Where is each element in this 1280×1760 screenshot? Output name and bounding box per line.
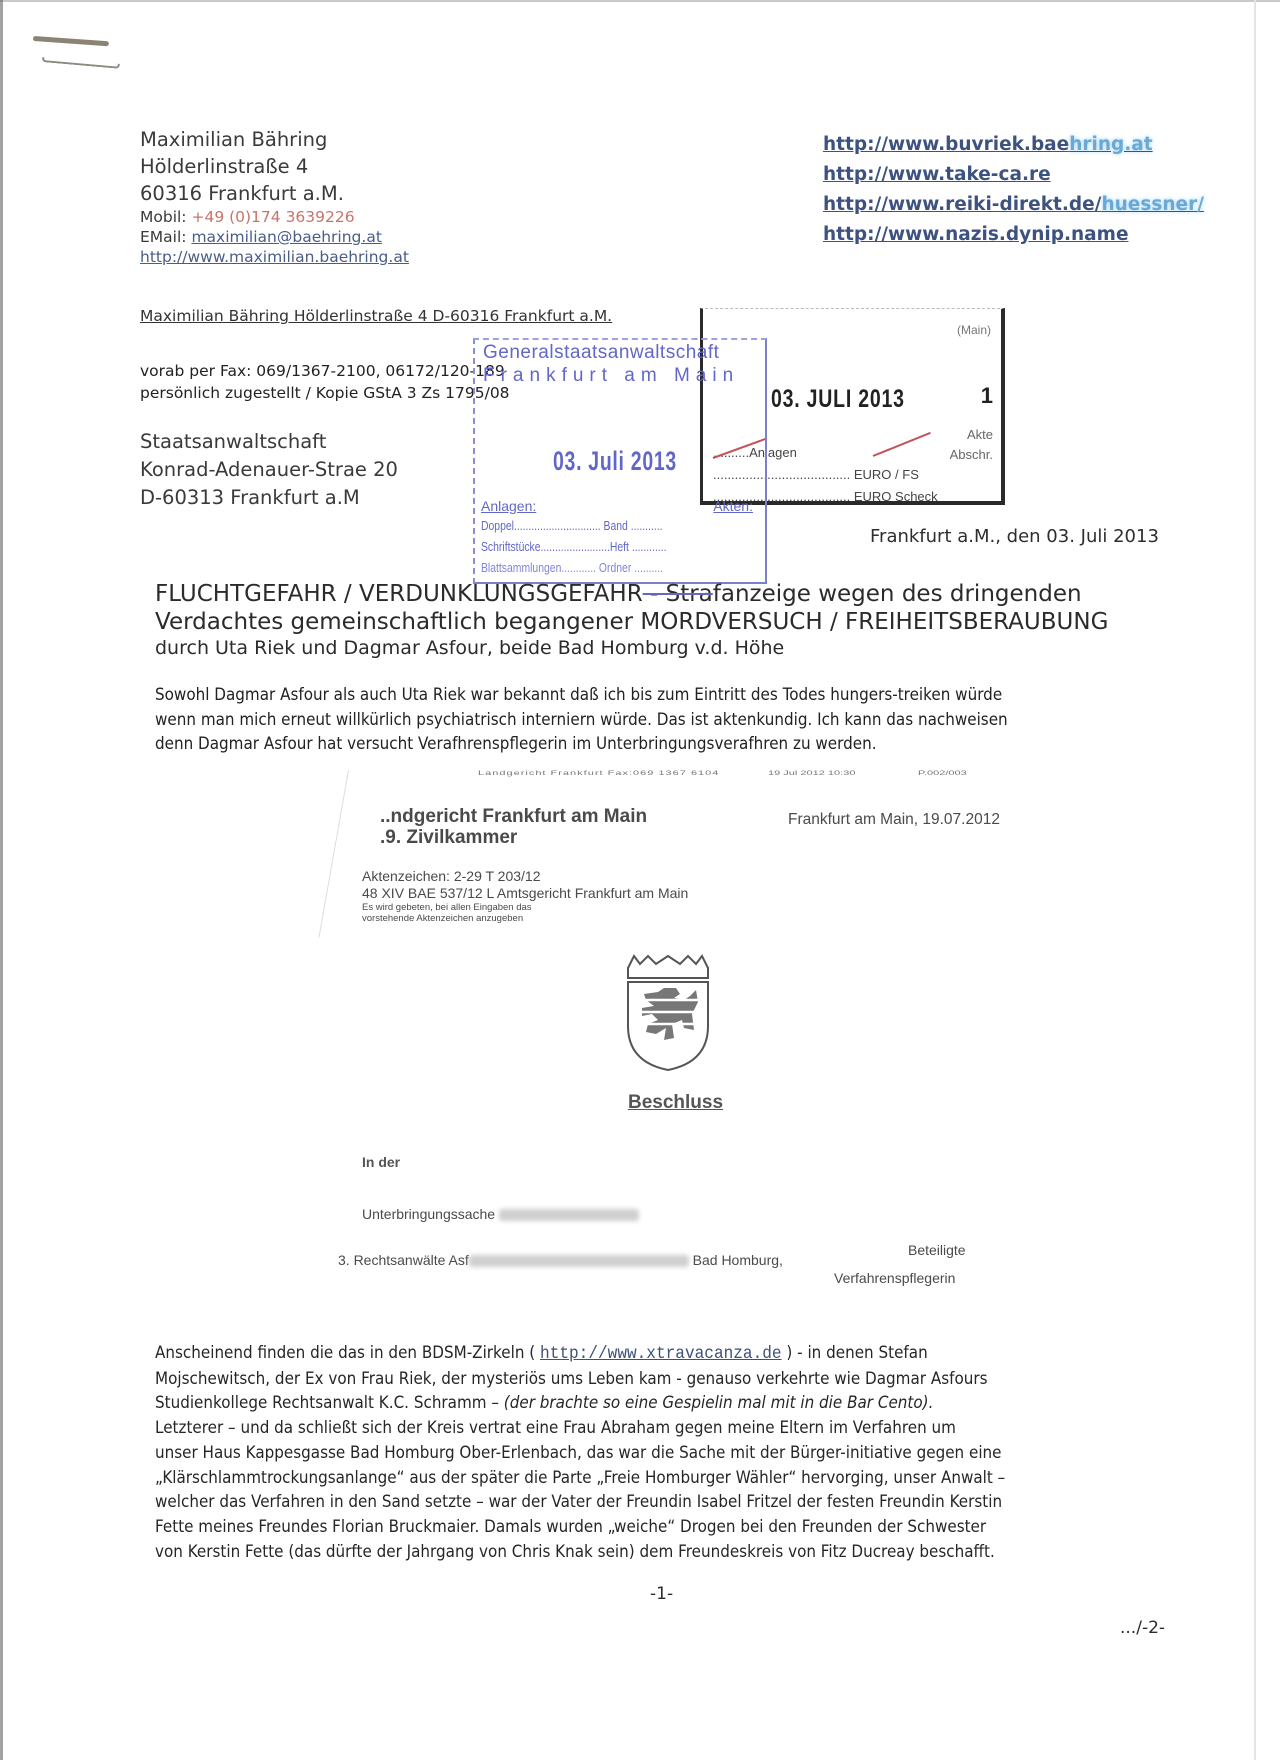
case-note: vorstehende Aktenzeichen anzugeben [362,913,688,924]
document-title: Beschluss [628,1092,723,1114]
fax-header: P.002/003 [918,770,967,777]
recipient-street: Konrad-Adenauer-Strae 20 [140,456,398,484]
xtravacanza-link[interactable]: http://www.xtravacanza.de [540,1344,782,1364]
paragraph-line: Sowohl Dagmar Asfour als auch Uta Riek w… [155,683,1008,708]
subject-text: fanzeige wegen des dringenden [713,581,1082,607]
court-role: Verfahrenspflegerin [834,1270,955,1286]
sender-email: EMail: maximilian@baehring.at [140,227,409,247]
paragraph-line: wenn man mich erneut willkürlich psychia… [155,708,1008,733]
subject-text: FLUCHTGEFAHR / VERDUNKLUNGSGEFAHR [155,581,643,607]
court-party: 3. Rechtsanwälte Asf Bad Homburg, [338,1252,783,1268]
fax-header: 19 Jul 2012 10:30 [768,770,855,777]
paragraph-intro: Sowohl Dagmar Asfour als auch Uta Riek w… [155,683,1008,757]
url-smudged-text: hring.at [1069,134,1152,155]
stamp-label: Akten: [713,498,753,514]
court-role: Beteiligte [908,1242,966,1258]
court-text: Bad Homburg, [693,1252,783,1268]
paragraph-line: Studienkollege Rechtsanwalt K.C. Schramm… [155,1391,1005,1416]
url-text: http://www.buvriek.bae [823,134,1069,155]
fax-line: vorab per Fax: 069/1367-2100, 06172/120-… [140,360,510,382]
subject-line-3: durch Uta Riek und Dagmar Asfour, beide … [155,636,1108,660]
stamp-number: 1 [981,383,993,409]
paragraph-line: welcher das Verfahren in den Sand setzte… [155,1490,1005,1515]
stamp-label: Akte [967,427,993,442]
paragraph-line: Mojschewitsch, der Ex von Frau Riek, der… [155,1367,1005,1392]
court-text: In der [362,1154,400,1170]
court-date: Frankfurt am Main, 19.07.2012 [788,811,1000,829]
paragraph-main: Anscheinend finden die das in den BDSM-Z… [155,1341,1005,1564]
url-link[interactable]: http://www.nazis.dynip.name [823,220,1204,250]
lower-court-number: 48 XIV BAE 537/12 L Amtsgericht Frankfur… [362,885,688,902]
court-text: 3. Rechtsanwälte Asf [338,1252,469,1268]
page-edge-left [0,0,3,1760]
mobile-value: +49 (0)174 3639226 [191,208,354,226]
fax-info: vorab per Fax: 069/1367-2100, 06172/120-… [140,360,510,404]
url-text: http://www.take-ca.re [823,164,1051,185]
paragraph-line: von Kerstin Fette (das dürfte der Jahrga… [155,1540,1005,1565]
stamp-authority: Generalstaatsanwaltschaft [483,342,719,364]
court-chamber: .9. Zivilkammer [380,827,647,848]
sender-city: 60316 Frankfurt a.M. [140,180,409,207]
redacted-name [499,1209,639,1221]
url-smudged-text: huessner/ [1101,194,1204,215]
paragraph-line: Fette meines Freundes Florian Bruckmaier… [155,1515,1005,1540]
paragraph-line: unser Haus Kappesgasse Bad Homburg Ober-… [155,1441,1005,1466]
stamp-label: Abschr. [950,447,993,462]
subject-line-1: FLUCHTGEFAHR / VERDUNKLUNGSGEFAHR - Stra… [155,580,1108,608]
email-label: EMail: [140,228,187,246]
url-list: http://www.buvriek.baehring.at http://ww… [823,130,1204,250]
paragraph-italic-text: (der brachte so eine Gespielin mal mit i… [504,1393,934,1412]
sender-block: Maximilian Bähring Hölderlinstraße 4 603… [140,126,409,267]
recipient-block: Staatsanwaltschaft Konrad-Adenauer-Strae… [140,428,398,512]
embedded-court-document: Landgericht Frankfurt Fax:069 1367 6104 … [348,770,1018,1310]
subject-struck-text: - Stra [643,581,713,607]
url-text: http://www.nazis.dynip.name [823,224,1129,245]
sender-website-link[interactable]: http://www.maximilian.baehring.at [140,247,409,267]
page-edge-top [0,0,1280,2]
sender-street: Hölderlinstraße 4 [140,153,409,180]
paragraph-line: Anscheinend finden die das in den BDSM-Z… [155,1341,1005,1367]
stamp-row: Schriftstücke........................Hef… [481,539,667,554]
next-page-indicator: .../-2- [1120,1618,1165,1638]
case-number: Aktenzeichen: 2-29 T 203/12 [362,868,688,885]
coat-of-arms-icon [624,954,712,1072]
case-note: Es wird gebeten, bei allen Eingaben das [362,902,688,913]
delivery-line: persönlich zugestellt / Kopie GStA 3 Zs … [140,382,510,404]
url-link[interactable]: http://www.take-ca.re [823,160,1204,190]
recipient-name: Staatsanwaltschaft [140,428,398,456]
fax-header: Landgericht Frankfurt Fax:069 1367 6104 [478,770,719,777]
url-link[interactable]: http://www.buvriek.baehring.at [823,130,1204,160]
mobile-label: Mobil: [140,208,187,226]
stamp-label: Anlagen: [481,498,536,514]
paragraph-line: „Klärschlammtrockungsanlange“ aus der sp… [155,1466,1005,1491]
subject-heading: FLUCHTGEFAHR / VERDUNKLUNGSGEFAHR - Stra… [155,580,1108,660]
scan-margin-line [318,770,349,938]
recipient-city: D-60313 Frankfurt a.M [140,484,398,512]
received-stamp-blue: Generalstaatsanwaltschaft Frankfurt am M… [473,338,767,584]
return-address: Maximilian Bähring Hölderlinstraße 4 D-6… [140,307,612,325]
stamp-row: Doppel.............................. Ban… [481,518,663,533]
case-reference: Aktenzeichen: 2-29 T 203/12 48 XIV BAE 5… [362,868,688,924]
stamp-row: Blattsammlungen............ Ordner .....… [481,560,663,575]
court-line: ..ndgericht Frankfurt am Main [380,806,647,827]
red-pen-mark [873,432,931,457]
paragraph-text: ) - in denen Stefan [782,1343,928,1362]
court-matter: Unterbringungssache [362,1206,639,1222]
stamp-location: (Main) [957,323,991,337]
staple-mark-icon [42,57,120,69]
paragraph-text: Anscheinend finden die das in den BDSM-Z… [155,1343,540,1362]
page-number: -1- [650,1584,673,1604]
court-name: ..ndgericht Frankfurt am Main .9. Zivilk… [380,806,647,848]
url-link[interactable]: http://www.reiki-direkt.de/huessner/ [823,190,1204,220]
staple-mark-icon [33,36,109,46]
paragraph-line: denn Dagmar Asfour hat versucht Verafhre… [155,732,1008,757]
stamp-city: Frankfurt am Main [483,365,739,387]
stamp-date: 03. Juli 2013 [553,446,677,477]
stamp-date: 03. JULI 2013 [771,385,905,414]
url-text: http://www.reiki-direkt.de/ [823,194,1101,215]
redacted-address [469,1255,689,1267]
sender-name: Maximilian Bähring [140,126,409,153]
email-link[interactable]: maximilian@baehring.at [191,228,381,246]
subject-line-2: Verdachtes gemeinschaftlich begangener M… [155,608,1108,636]
paragraph-line: Letzterer – und da schließt sich der Kre… [155,1416,1005,1441]
paragraph-text: Studienkollege Rechtsanwalt K.C. Schramm… [155,1393,504,1412]
court-text: Unterbringungssache [362,1206,495,1222]
page-edge-right [1254,0,1256,1760]
sender-mobile: Mobil: +49 (0)174 3639226 [140,207,409,227]
letter-date: Frankfurt a.M., den 03. Juli 2013 [870,526,1159,547]
